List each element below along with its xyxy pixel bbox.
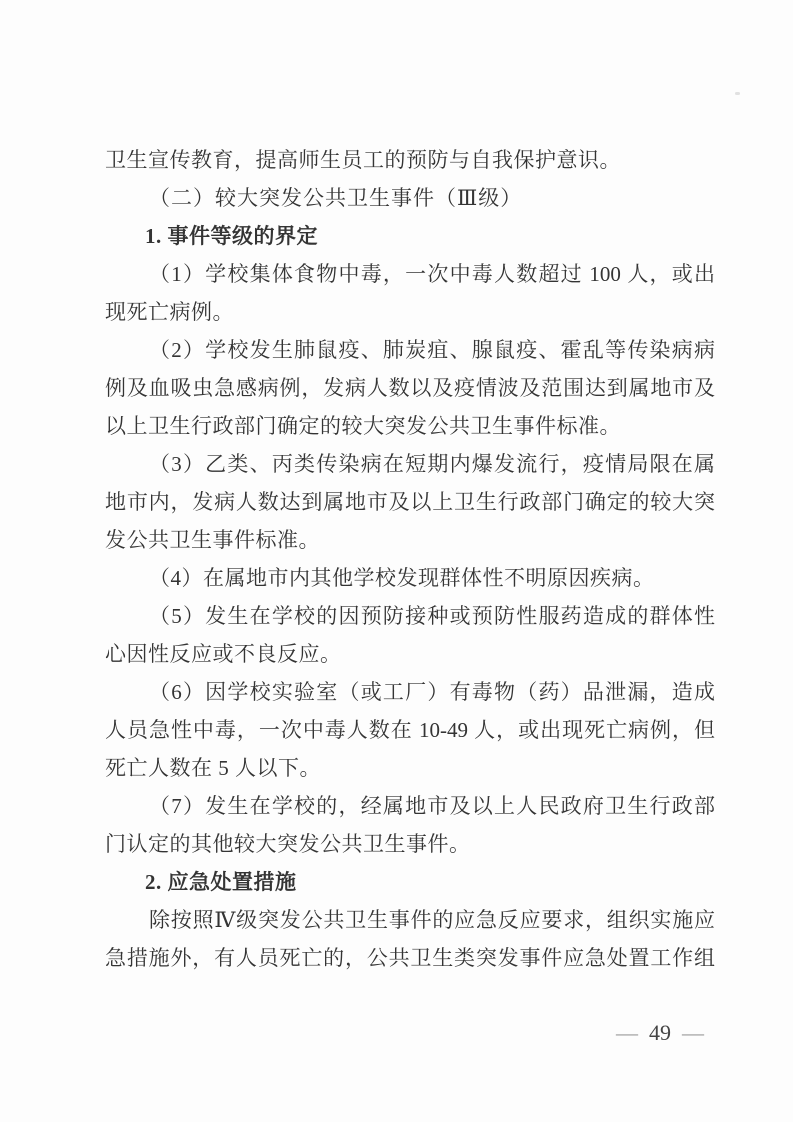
paragraph-line: 死亡人数在 5 人以下。 (105, 749, 715, 787)
paragraph-line: （2）学校发生肺鼠疫、肺炭疽、腺鼠疫、霍乱等传染病病 (105, 331, 715, 369)
paragraph-line: （3）乙类、丙类传染病在短期内爆发流行，疫情局限在属 (105, 445, 715, 483)
paragraph-line: （6）因学校实验室（或工厂）有毒物（药）品泄漏，造成 (105, 673, 715, 711)
paragraph-line: 发公共卫生事件标准。 (105, 521, 715, 559)
paragraph-line: 门认定的其他较大突发公共卫生事件。 (105, 825, 715, 863)
page-number-dash-right: — (682, 1020, 704, 1045)
paragraph-line: 急措施外，有人员死亡的，公共卫生类突发事件应急处置工作组 (105, 939, 715, 977)
paragraph-line: 地市内，发病人数达到属地市及以上卫生行政部门确定的较大突 (105, 483, 715, 521)
page-number: —49— (616, 1018, 704, 1048)
document-page: 卫生宣传教育，提高师生员工的预防与自我保护意识。 （二）较大突发公共卫生事件（Ⅲ… (0, 0, 793, 1122)
paragraph-line: （5）发生在学校的因预防接种或预防性服药造成的群体性 (105, 597, 715, 635)
numbered-heading-1: 1. 事件等级的界定 (105, 217, 715, 255)
paragraph-line: 以上卫生行政部门确定的较大突发公共卫生事件标准。 (105, 407, 715, 445)
scan-artifact (735, 92, 740, 95)
paragraph-line: 心因性反应或不良反应。 (105, 635, 715, 673)
page-number-value: 49 (649, 1020, 671, 1045)
paragraph-line: 人员急性中毒，一次中毒人数在 10-49 人，或出现死亡病例，但 (105, 711, 715, 749)
text-block: 卫生宣传教育，提高师生员工的预防与自我保护意识。 （二）较大突发公共卫生事件（Ⅲ… (105, 141, 715, 977)
paragraph-line: （1）学校集体食物中毒，一次中毒人数超过 100 人，或出 (105, 255, 715, 293)
paragraph-line: （4）在属地市内其他学校发现群体性不明原因疾病。 (105, 559, 715, 597)
paragraph-line: （7）发生在学校的，经属地市及以上人民政府卫生行政部 (105, 787, 715, 825)
numbered-heading-2: 2. 应急处置措施 (105, 863, 715, 901)
paragraph-line: 卫生宣传教育，提高师生员工的预防与自我保护意识。 (105, 141, 715, 179)
paragraph-line: 除按照Ⅳ级突发公共卫生事件的应急反应要求，组织实施应 (105, 901, 715, 939)
paragraph-line: 现死亡病例。 (105, 293, 715, 331)
page-number-dash-left: — (616, 1020, 638, 1045)
paragraph-line: 例及血吸虫急感病例，发病人数以及疫情波及范围达到属地市及 (105, 369, 715, 407)
section-subheading: （二）较大突发公共卫生事件（Ⅲ级） (105, 179, 715, 217)
